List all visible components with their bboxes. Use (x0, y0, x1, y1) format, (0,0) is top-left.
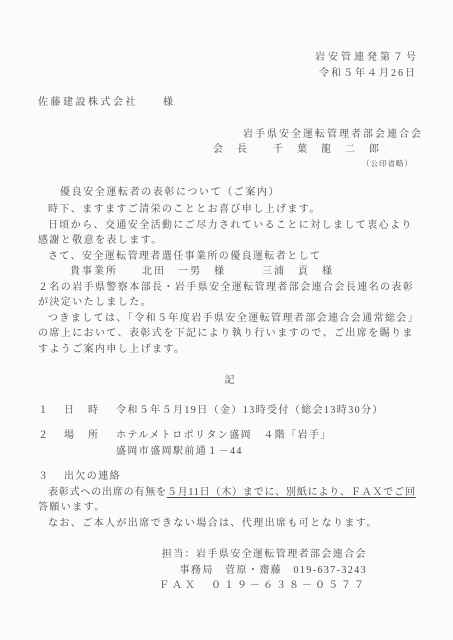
contact-charge: 担当：岩手県安全運転管理者部会連合会 (38, 547, 367, 563)
item-datetime-value: 令和５年５月19日（金）13時受付（総会13時30分） (116, 403, 423, 419)
item-attendance: ３ 出欠の連絡 (38, 469, 423, 485)
seal-omitted-note: （公印省略） (38, 158, 413, 169)
honoree-names: 貴事業所 北田 一男 様 三浦 貢 様 (38, 264, 423, 280)
body-intro: さて、安全運転管理者選任事業所の優良運転者として (38, 249, 423, 265)
contact-fax: ＦＡＸ ０１９－６３８－０５７７ (38, 578, 367, 594)
item-venue-value: ホテルメトロポリタン盛岡 ４階「岩手」 (116, 428, 423, 444)
attendance-instruction-pre: 表彰式への出席の有無を (48, 487, 167, 498)
item-datetime: １ 日 時 令和５年５月19日（金）13時受付（総会13時30分） (38, 403, 423, 419)
ki-marker: 記 (38, 373, 423, 389)
attendance-proxy-note: なお、ご本人が出席できない場合は、代理出席も可となります。 (38, 516, 423, 532)
doc-number: 岩安管連発第７号 (38, 50, 419, 66)
body-invitation: つきましては、「令和５年度岩手県安全運転管理者部会連合会通常総会」の席上において… (38, 311, 423, 358)
contact-office-phone: 事務局 菅原・齋藤 019-637-3243 (38, 563, 367, 579)
sender-organization: 岩手県安全運転管理者部会連合会 (38, 127, 423, 143)
item-venue-label: 場 所 (64, 428, 116, 444)
body-thanks: 日頃から、交通安全活動にご尽力されていることに対しまして衷心より感謝と敬意を表し… (38, 218, 423, 249)
sender-block: 岩手県安全運転管理者部会連合会 会 長 千 葉 龍 二 郎 （公印省略） (38, 127, 423, 169)
item-datetime-number: １ (38, 403, 64, 419)
item-venue-number: ２ (38, 428, 64, 444)
item-datetime-label: 日 時 (64, 403, 116, 419)
venue-address: 盛岡市盛岡駅前通１－44 (116, 444, 423, 460)
attendance-instruction-end: 答願います。 (38, 500, 423, 516)
body-greeting: 時下、ますますご清栄のこととお喜び申し上げます。 (38, 202, 423, 218)
attendance-instruction: 表彰式への出席の有無を５月11日（木）までに、別紙により、ＦＡＸでご回 (38, 485, 423, 501)
item-attendance-label: 出欠の連絡 (64, 469, 423, 485)
item-attendance-number: ３ (38, 469, 64, 485)
attendance-deadline-underlined: ５月11日（木）までに、別紙により、ＦＡＸでご回 (167, 487, 416, 498)
issue-date: 令和５年４月26日 (38, 66, 417, 82)
scanned-letter-page: 岩安管連発第７号 令和５年４月26日 佐藤建設株式会社 様 岩手県安全運転管理者… (0, 0, 453, 640)
item-venue: ２ 場 所 ホテルメトロポリタン盛岡 ４階「岩手」 (38, 428, 423, 444)
subject-title: 優良安全運転者の表彰について（ご案内） (38, 185, 423, 201)
body-award-decision: ２名の岩手県警察本部長・岩手県安全運転管理者部会連合会長連名の表彰が決定いたしま… (38, 280, 423, 311)
sender-chairman: 会 長 千 葉 龍 二 郎 (38, 142, 381, 158)
contact-block: 担当：岩手県安全運転管理者部会連合会 事務局 菅原・齋藤 019-637-324… (38, 547, 423, 594)
addressee: 佐藤建設株式会社 様 (38, 95, 423, 111)
